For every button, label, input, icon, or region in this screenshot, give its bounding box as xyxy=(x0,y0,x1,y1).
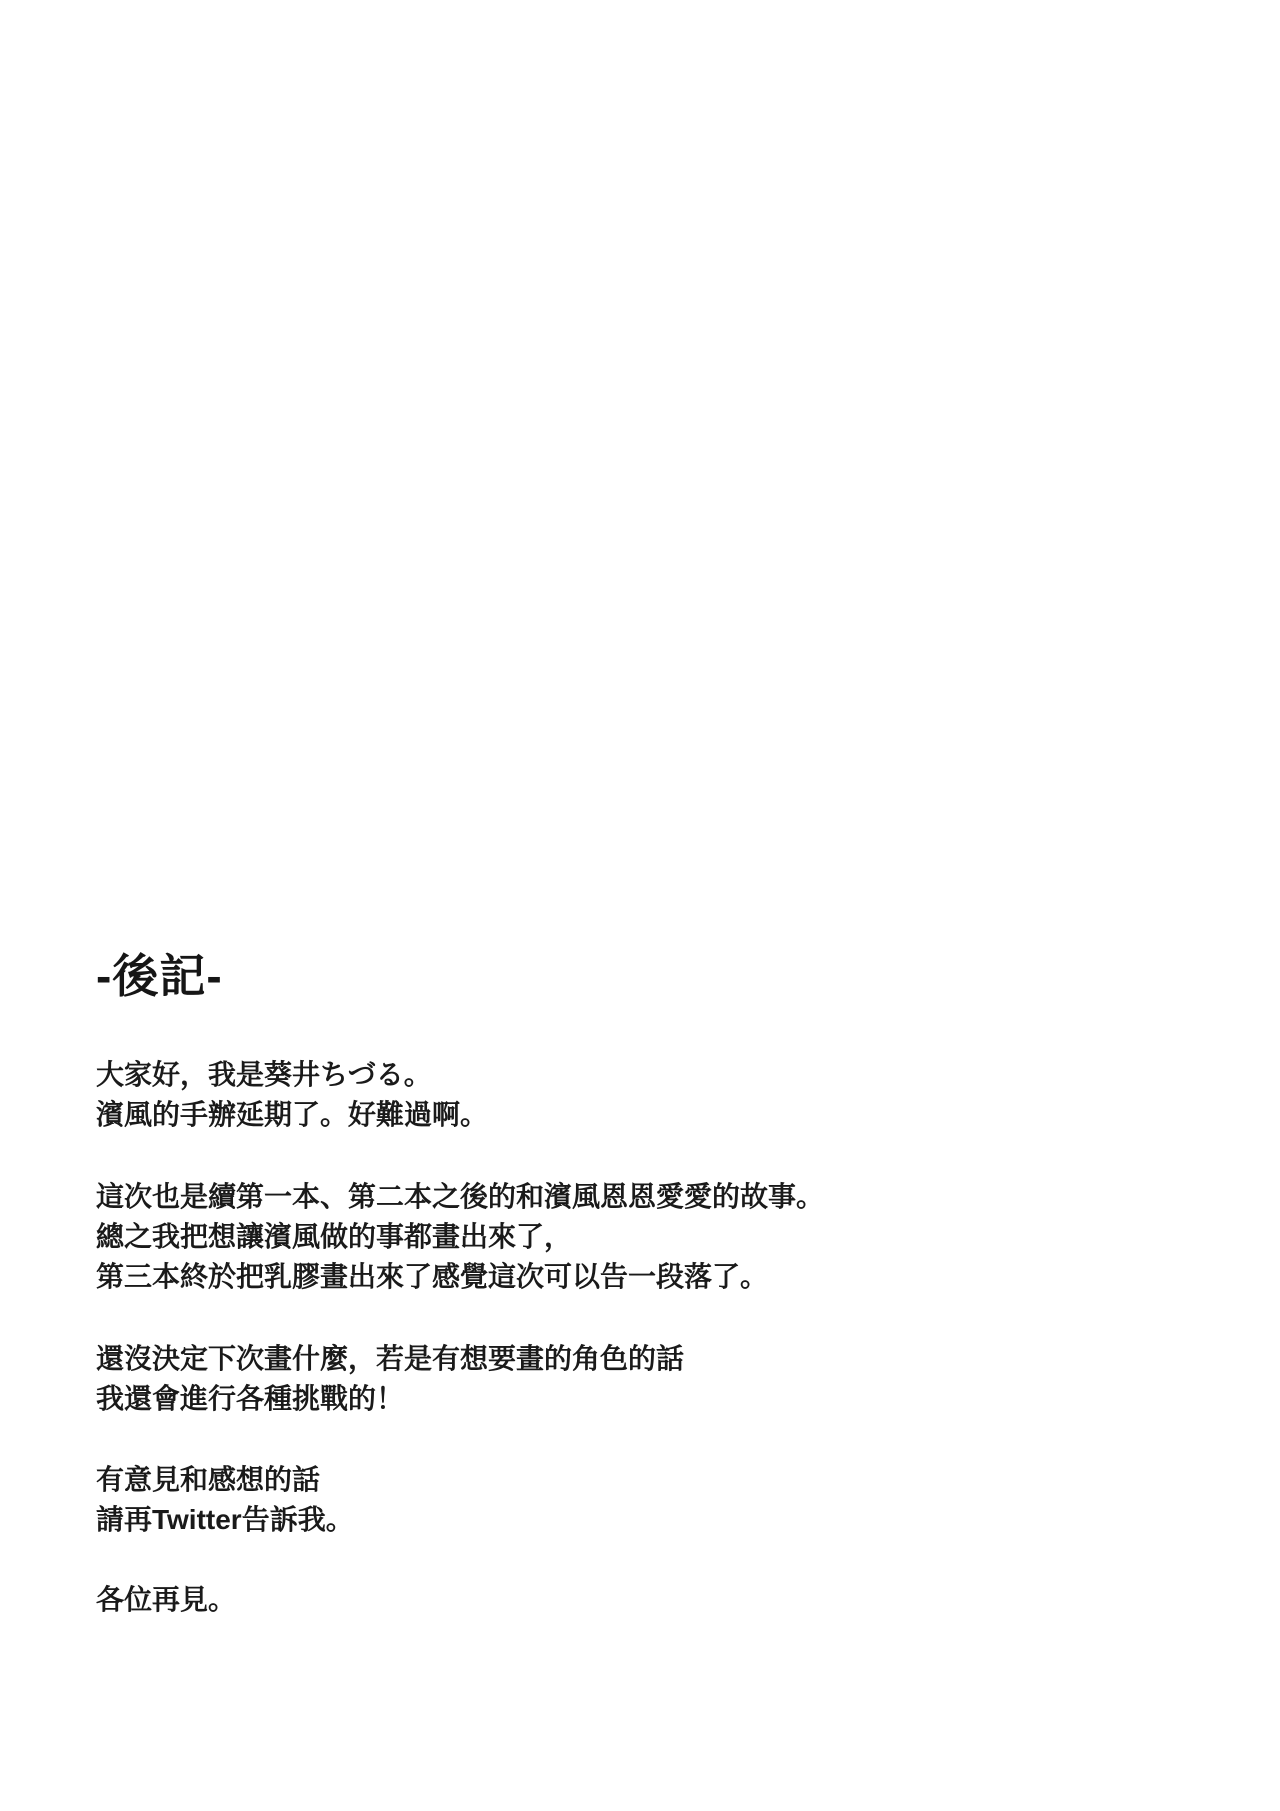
text-line: 大家好，我是葵井ちづる。 xyxy=(96,1055,488,1095)
paragraph-feedback: 有意見和感想的話 請再Twitter告訴我。 xyxy=(96,1460,354,1540)
paragraph-greeting: 大家好，我是葵井ちづる。 濱風的手辦延期了。好難過啊。 xyxy=(96,1055,488,1135)
text-line: 還沒決定下次畫什麼，若是有想要畫的角色的話 xyxy=(96,1339,684,1379)
page-title: -後記- xyxy=(96,948,223,1004)
text-line: 這次也是續第一本、第二本之後的和濱風恩恩愛愛的故事。 xyxy=(96,1177,824,1217)
text-line: 我還會進行各種挑戰的！ xyxy=(96,1379,684,1419)
text-line: 各位再見。 xyxy=(96,1580,236,1620)
text-line: 請再Twitter告訴我。 xyxy=(96,1500,354,1540)
paragraph-book-recap: 這次也是續第一本、第二本之後的和濱風恩恩愛愛的故事。 總之我把想讓濱風做的事都畫… xyxy=(96,1177,824,1297)
text-line: 第三本終於把乳膠畫出來了感覺這次可以告一段落了。 xyxy=(96,1257,824,1297)
paragraph-farewell: 各位再見。 xyxy=(96,1580,236,1620)
afterword-page: -後記- 大家好，我是葵井ちづる。 濱風的手辦延期了。好難過啊。 這次也是續第一… xyxy=(0,0,1280,1811)
text-line: 濱風的手辦延期了。好難過啊。 xyxy=(96,1095,488,1135)
text-line: 有意見和感想的話 xyxy=(96,1460,354,1500)
paragraph-next-plans: 還沒決定下次畫什麼，若是有想要畫的角色的話 我還會進行各種挑戰的！ xyxy=(96,1339,684,1419)
text-line: 總之我把想讓濱風做的事都畫出來了， xyxy=(96,1217,824,1257)
